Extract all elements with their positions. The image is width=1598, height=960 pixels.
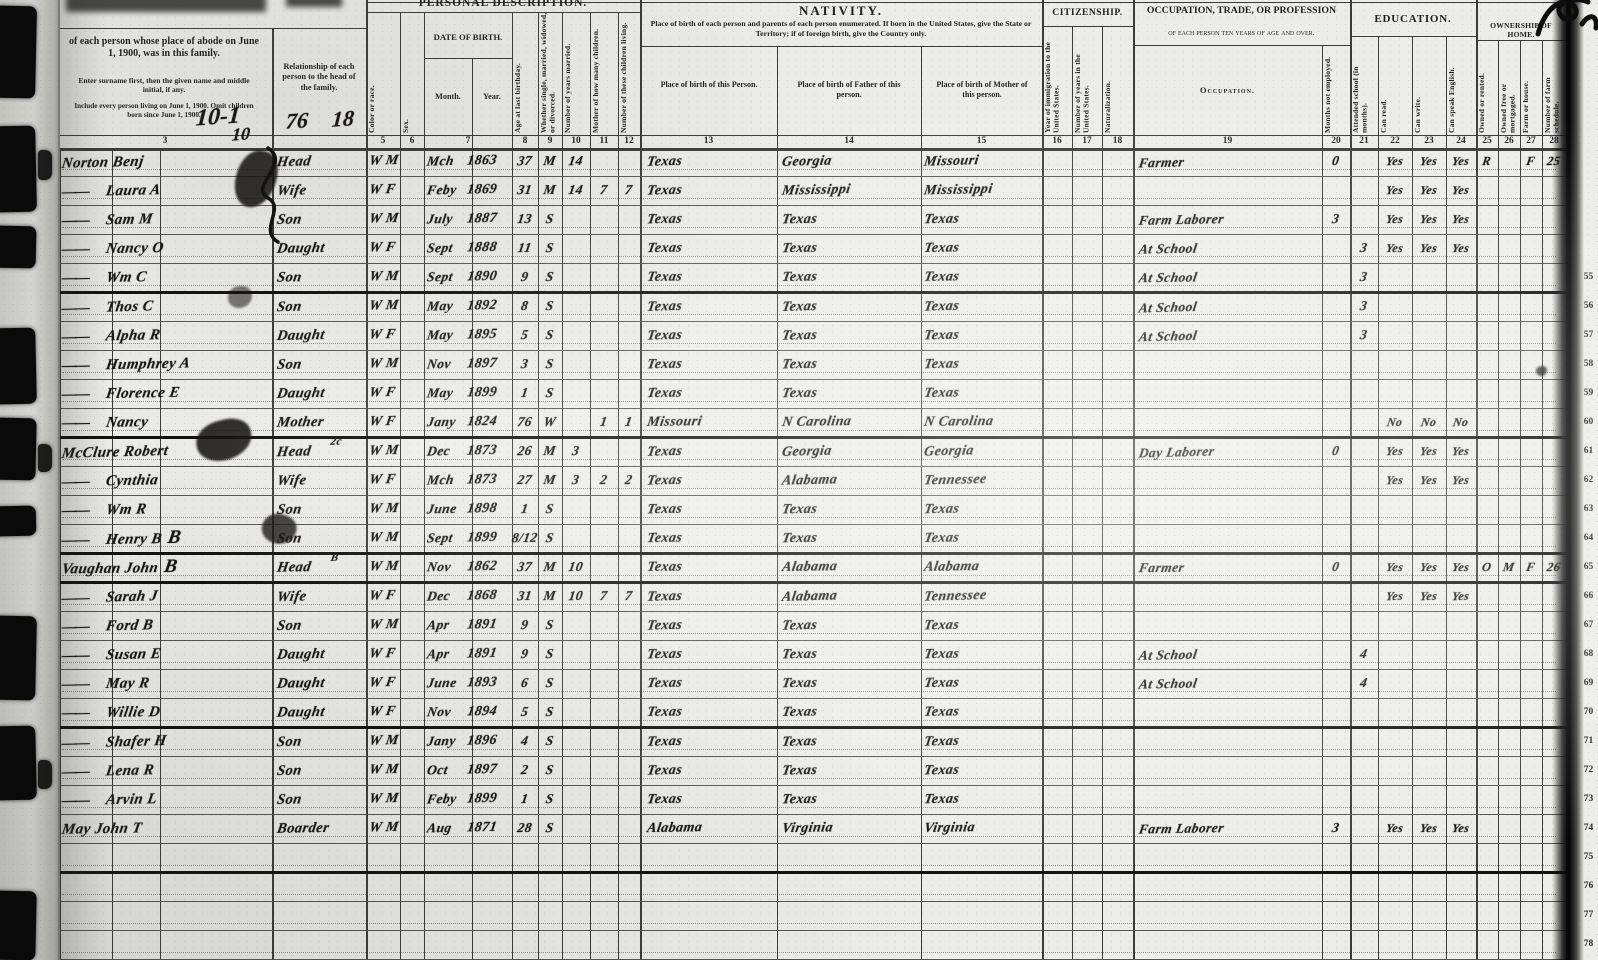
ditto-dash: —— [60, 700, 108, 727]
cell-occupation: Farmer [1136, 553, 1322, 585]
cell-father-birthplace: Texas [779, 234, 921, 265]
cell-mother-birthplace: Texas [922, 524, 1043, 555]
person-name-text: Thos C [105, 298, 155, 315]
binding-tab [0, 226, 36, 269]
cell-color-sex: W M [367, 785, 426, 815]
binding-tab [38, 760, 52, 789]
cell-father-birthplace: Texas [779, 263, 921, 294]
col-label-months-not-employed: Months not employed. [1324, 48, 1348, 133]
column-number: 18 [1102, 136, 1133, 146]
cell-color-sex: W M [367, 292, 426, 322]
cell-relationship: Mother [275, 408, 366, 438]
column-number: 5 [366, 136, 400, 146]
col-label-naturalization: Naturalization. [1104, 30, 1131, 133]
row-separator [58, 901, 1566, 902]
cell-person-name: ——Wm R [59, 494, 269, 527]
page-edge-shadow [1552, 0, 1584, 960]
cell-can-read: Yes [1376, 177, 1414, 207]
cell-occupation: At School [1136, 263, 1322, 295]
cell-mother-birthplace: Texas [922, 785, 1043, 816]
cell-mother-birthplace: Alabama [922, 553, 1043, 584]
cell-birthplace: Texas [645, 320, 778, 352]
enumerator-mark: 76 [285, 107, 309, 134]
cell-owned-or-rented: R [1474, 148, 1499, 178]
cell-months-not-employed: 0 [1320, 148, 1351, 178]
relationship-text: Son [276, 762, 303, 779]
cell-relationship: Wife [275, 582, 366, 613]
cell-birthplace: Missouri [644, 408, 777, 439]
cell-color-sex: W F [367, 176, 426, 206]
person-name-text: McClure Robert [61, 443, 170, 462]
ink-speck [1536, 366, 1547, 376]
cell-person-name: ——Arvin L [59, 784, 269, 817]
col-label-owned-or-rented: Owned or rented. [1478, 44, 1496, 133]
cell-color-sex: W M [367, 205, 426, 235]
cell-mother-birthplace: Texas [922, 291, 1043, 323]
cell-color-sex: W M [367, 437, 426, 467]
cell-relationship: Son [275, 263, 366, 293]
cell-birthplace: Texas [645, 669, 778, 700]
cell-marital-status: S [535, 641, 565, 671]
ditto-dash: —— [60, 410, 108, 437]
cell-can-write: Yes [1410, 438, 1447, 468]
cell-occupation: Farmer [1136, 145, 1322, 179]
ink-mark: B [163, 556, 180, 577]
cell-mother-birthplace: Texas [922, 234, 1043, 265]
cell-can-read: Yes [1376, 815, 1414, 845]
cell-father-birthplace: Texas [779, 698, 921, 729]
cell-birthplace: Texas [644, 698, 777, 729]
cell-marital-status: S [535, 322, 565, 352]
dob-year-label: Year. [472, 92, 512, 101]
relationship-text: Son [276, 269, 303, 285]
col-label-can-speak-english: Can speak English. [1448, 40, 1474, 133]
cell-marital-status: S [535, 293, 564, 323]
person-name-text: Arvin L [105, 791, 158, 808]
ditto-dash: —— [60, 497, 108, 524]
col-label-sex: Sex. [402, 12, 422, 133]
occupation-subtitle: of each person ten years of age and over… [1139, 28, 1344, 37]
grid-line [58, 28, 366, 29]
cell-person-name: ——Susan E [59, 639, 269, 672]
ditto-dash: —— [60, 787, 108, 814]
cell-years-married: 10 [560, 554, 592, 583]
column-number: 20 [1322, 136, 1350, 146]
nativity-title: NATIVITY. [640, 3, 1042, 19]
cell-mother-birthplace: Texas [922, 350, 1043, 381]
person-name-text: Ford B [105, 617, 155, 634]
ditto-dash: —— [60, 352, 108, 379]
cell-marital-status: S [535, 612, 565, 642]
column-number: 25 [1476, 136, 1498, 146]
row-writing-guide [62, 952, 1556, 953]
cell-mother-birthplace: Missouri [922, 146, 1043, 178]
cell-birthplace: Texas [645, 755, 778, 787]
col-label-farm-or-house: Farm or house. [1522, 44, 1540, 133]
cell-can-write: Yes [1410, 815, 1448, 845]
cell-color-sex: W F [367, 582, 426, 612]
cell-color-sex: W M [367, 756, 426, 786]
cell-marital-status: W [535, 409, 565, 438]
cell-color-sex: W F [367, 699, 426, 729]
cell-attended-school: 3 [1348, 322, 1380, 352]
cell-father-birthplace: N Carolina [779, 408, 921, 439]
cell-father-birthplace: Texas [779, 669, 921, 700]
cell-marital-status: S [535, 264, 565, 293]
cell-color-sex: W F [367, 380, 426, 410]
ditto-dash: —— [60, 758, 108, 785]
cell-birthplace: Texas [645, 524, 778, 555]
cell-person-name: ——Florence E [59, 378, 269, 411]
dob-month-label: Month. [424, 92, 472, 101]
cell-marital-status: S [535, 206, 565, 236]
cell-can-speak-english: Yes [1444, 467, 1478, 497]
cell-marital-status: S [535, 525, 565, 554]
cell-children-living: 7 [614, 583, 643, 613]
person-name-text: Humphrey A [105, 355, 192, 373]
cell-mother-birthplace: Texas [922, 726, 1043, 758]
date-of-birth-title: DATE OF BIRTH. [424, 32, 512, 42]
cell-months-not-employed: 3 [1320, 815, 1352, 844]
cell-birthplace: Texas [645, 146, 778, 179]
cell-years-married: 3 [560, 467, 592, 497]
cell-can-speak-english: Yes [1444, 206, 1478, 236]
cell-color-sex: W F [367, 321, 426, 351]
col-label-mother-of-how-many-children: Mother of how many children. [592, 12, 616, 133]
cell-color-sex: W M [367, 350, 426, 380]
binding-tab [0, 726, 37, 801]
cell-relationship: HeadB [275, 553, 366, 583]
person-name-text: Sam M [105, 211, 154, 228]
cell-person-name: ——Humphrey A [59, 349, 269, 382]
column-number: 21 [1350, 136, 1378, 146]
grid-line [921, 46, 922, 960]
cell-can-write: Yes [1410, 206, 1448, 236]
column-number: 26 [1498, 136, 1520, 146]
grid-line [777, 46, 778, 960]
cell-color-sex: W M [367, 525, 426, 555]
col-label-years-in-us: Number of years in the United States. [1074, 30, 1100, 133]
relationship-text: Daught [276, 327, 326, 344]
cell-color-sex: W M [367, 147, 426, 177]
binding-tab [0, 126, 37, 213]
cell-mother-birthplace: Texas [922, 263, 1043, 294]
cell-relationship: Son [275, 785, 366, 816]
col-label-year-of-immigration: Year of immigration to the United States… [1044, 30, 1070, 133]
cell-father-birthplace: Texas [780, 726, 922, 759]
cell-marital-status: S [535, 235, 565, 264]
cell-birthplace: Texas [645, 581, 778, 614]
column-number: 14 [777, 136, 921, 146]
cell-relationship: Daught [275, 379, 366, 409]
cell-person-name: ——Henry BB [59, 523, 269, 556]
cell-father-birthplace: Texas [780, 350, 922, 382]
grid-line [1133, 45, 1350, 46]
cell-occupation: At School [1136, 668, 1322, 700]
relationship-text: Daught [276, 646, 326, 663]
name-flourish [238, 146, 308, 246]
cell-birthplace: Texas [645, 726, 778, 759]
cell-birthplace: Texas [645, 175, 778, 207]
cell-birthplace: Texas [644, 263, 777, 294]
cell-color-sex: W F [367, 640, 426, 670]
cell-color-sex: W F [367, 235, 426, 265]
cell-months-not-employed: 0 [1320, 438, 1351, 468]
binding-tab [0, 418, 37, 481]
cell-children-living: 1 [614, 409, 644, 438]
cell-birthplace: Alabama [645, 814, 778, 845]
cell-person-name: May John T [59, 813, 269, 846]
cell-occupation: Day Laborer [1136, 435, 1322, 469]
cell-mother-birthplace: Texas [922, 379, 1043, 410]
binding-tab [0, 328, 37, 405]
cell-can-write: No [1410, 409, 1448, 438]
person-name-text: Alpha R [105, 327, 162, 344]
cell-mother-birthplace: Georgia [922, 436, 1043, 468]
cell-relationship: Boarder [275, 814, 366, 844]
person-name-text: Wm C [105, 269, 148, 286]
ink-mark: B [166, 527, 182, 548]
cell-can-speak-english: No [1444, 409, 1478, 438]
cell-father-birthplace: Virginia [779, 814, 921, 845]
ditto-dash: —— [60, 381, 108, 408]
cell-can-speak-english: Yes [1444, 815, 1478, 845]
cell-father-birthplace: Texas [780, 640, 922, 672]
cell-birthplace: Texas [645, 291, 778, 324]
relationship-text: Son [276, 734, 303, 751]
column-number: 19 [1133, 136, 1322, 146]
person-name-text: May R [105, 675, 151, 692]
cell-relationship: Son [275, 611, 366, 642]
relationship-text: Head [276, 559, 313, 575]
cell-mother-birthplace: Texas [922, 640, 1043, 671]
cell-attended-school: 4 [1348, 641, 1380, 671]
birthplace-father-label: Place of birth of Father of this person. [790, 80, 908, 101]
cell-color-sex: W M [367, 815, 426, 845]
cell-can-read: Yes [1376, 583, 1413, 613]
ditto-dash: —— [60, 468, 108, 495]
column-number: 6 [400, 136, 424, 146]
cell-mother-birthplace: Texas [922, 669, 1043, 700]
ditto-dash: —— [60, 527, 108, 554]
cell-person-name: Vaughan JohnB [59, 553, 269, 585]
cell-occupation: At School [1136, 290, 1322, 324]
corner-scribble [1532, 0, 1598, 52]
cell-relationship: Daught [275, 321, 366, 352]
person-name-text: Cynthia [105, 472, 160, 489]
person-name-text: Florence E [105, 385, 181, 402]
binding-tab [0, 506, 36, 537]
cell-marital-status: S [535, 380, 565, 409]
relationship-text: Wife [276, 472, 308, 489]
personal-description-title: PERSONAL DESCRIPTION. [366, 0, 640, 9]
cell-person-name: ——Alpha R [59, 320, 269, 354]
ditto-dash: —— [60, 178, 108, 205]
column-number: 24 [1446, 136, 1476, 146]
cell-mother-birthplace: Texas [922, 205, 1043, 236]
cell-color-sex: W F [367, 466, 426, 496]
cell-father-birthplace: Texas [780, 495, 922, 527]
row-separator [58, 930, 1566, 931]
column-number: 8 [512, 136, 538, 146]
cell-years-married: 10 [560, 583, 591, 613]
col-label-owned-free-or-mortgaged: Owned free or mortgaged. [1500, 44, 1518, 133]
cell-person-name: ——Willie D [59, 698, 269, 730]
cell-years-married: 14 [560, 148, 591, 178]
grid-line [1542, 40, 1543, 960]
cell-father-birthplace: Texas [780, 610, 922, 642]
cell-attended-school: 3 [1348, 235, 1380, 264]
cell-mother-birthplace: N Carolina [922, 408, 1043, 439]
binding-tab [0, 891, 37, 960]
cell-color-sex: W F [367, 409, 426, 439]
cell-can-speak-english: Yes [1444, 148, 1477, 178]
ditto-dash: —— [60, 207, 108, 234]
enumerator-mark: 18 [331, 105, 355, 132]
cell-can-read: No [1376, 409, 1414, 438]
cell-relationship: Head2c [275, 437, 366, 468]
cell-marital-status: S [535, 351, 565, 381]
cell-birthplace: Texas [644, 553, 777, 584]
nativity-note: Place of birth of each person and parent… [646, 19, 1036, 38]
relationship-text: Son [276, 299, 303, 316]
cell-mother-birthplace: Texas [922, 698, 1043, 729]
occupation-title: OCCUPATION, TRADE, OR PROFESSION [1135, 5, 1348, 16]
cell-can-speak-english: Yes [1444, 177, 1478, 207]
column-number: 12 [618, 136, 640, 146]
cell-birthplace: Texas [645, 234, 778, 265]
cell-father-birthplace: Texas [780, 205, 922, 237]
cell-can-speak-english: Yes [1444, 554, 1478, 583]
grid-line [424, 58, 512, 59]
cell-children-living: 7 [614, 177, 644, 207]
relationship-text: Daught [276, 704, 326, 721]
cell-mother-birthplace: Texas [922, 611, 1043, 643]
name-column-instructions-1: of each person whose place of abode on J… [66, 36, 262, 59]
cell-mother-birthplace: Virginia [922, 814, 1043, 845]
grid-line [1350, 36, 1476, 37]
cell-occupation: Farm Laborer [1136, 813, 1322, 845]
cell-children-living: 2 [614, 467, 644, 497]
person-name-text: Lena R [105, 762, 155, 779]
person-name-text: Willie D [105, 704, 162, 721]
relationship-text: Daught [276, 675, 326, 692]
cell-father-birthplace: Alabama [779, 553, 921, 584]
relationship-text: Son [276, 791, 303, 808]
relationship-text: Wife [276, 588, 308, 605]
column-number: 15 [921, 136, 1042, 146]
cell-can-write: Yes [1410, 148, 1447, 178]
cell-birthplace: Texas [645, 436, 778, 469]
relationship-text: Son [276, 356, 303, 373]
cell-relationship: Son [275, 756, 366, 787]
person-name-text: Nancy O [105, 240, 165, 257]
ditto-dash: —— [60, 585, 108, 612]
cell-can-write: Yes [1410, 467, 1448, 497]
cell-relationship: Son [275, 350, 366, 381]
col-label-years-married: Number of years married. [564, 12, 588, 133]
cell-mother-birthplace: Texas [922, 321, 1043, 353]
column-number: 9 [538, 136, 562, 146]
cell-months-not-employed: 0 [1320, 554, 1352, 583]
cell-mother-birthplace: Tennessee [922, 466, 1043, 498]
cell-father-birthplace: Texas [779, 379, 921, 410]
cell-years-married: 3 [560, 438, 591, 468]
cell-attended-school: 4 [1348, 670, 1380, 699]
cut-header-smudge [66, 0, 266, 12]
cell-color-sex: W M [367, 727, 426, 757]
relationship-text: Boarder [276, 820, 331, 837]
cell-person-name: ——Ford B [59, 610, 269, 644]
row-writing-guide [62, 865, 1556, 866]
cell-color-sex: W M [367, 495, 426, 525]
column-number: 7 [424, 136, 512, 146]
cell-color-sex: W M [367, 264, 426, 294]
cell-birthplace: Texas [645, 610, 778, 642]
cell-father-birthplace: Alabama [780, 581, 922, 614]
cell-father-birthplace: Georgia [780, 436, 922, 469]
grid-line [640, 46, 1042, 47]
binding-tab [38, 150, 52, 180]
cell-person-name: ——Lena R [59, 755, 269, 789]
cell-color-sex: W F [367, 670, 426, 700]
name-column-instructions-2: Enter surname first, then the given name… [70, 76, 258, 94]
census-sheet-scan: of each person whose place of abode on J… [0, 0, 1598, 960]
cell-person-name: ——May R [59, 668, 269, 701]
binding-tab [38, 444, 52, 472]
cell-marital-status: S [535, 496, 565, 526]
relationship-text: Head [276, 443, 312, 460]
ditto-dash: —— [60, 642, 108, 669]
cell-can-read: Yes [1376, 438, 1413, 468]
row-writing-guide [62, 923, 1556, 924]
row-writing-guide [62, 894, 1556, 895]
cell-birthplace: Texas [645, 495, 778, 527]
cell-mother-birthplace: Texas [922, 756, 1043, 788]
relationship-text: Daught [276, 385, 326, 402]
column-number: 23 [1412, 136, 1446, 146]
cell-can-read: Yes [1376, 467, 1414, 497]
birthplace-mother-label: Place of birth of Mother of this person. [930, 80, 1034, 101]
grid-line [1520, 40, 1521, 960]
relationship-text: Mother [276, 414, 325, 431]
cell-birthplace: Texas [645, 379, 778, 410]
birthplace-person-label: Place of birth of this Person. [652, 80, 766, 90]
cell-relationship: Son [275, 727, 366, 758]
ditto-dash: —— [60, 730, 108, 757]
grid-line [1042, 26, 1133, 27]
cell-birthplace: Texas [645, 350, 778, 382]
cell-occupation: At School [1136, 320, 1322, 353]
cell-marital-status: S [535, 786, 565, 816]
col-label-can-write: Can write. [1414, 40, 1444, 133]
ditto-dash: —— [60, 295, 108, 322]
ditto-dash: —— [60, 236, 108, 263]
cell-can-read: Yes [1376, 235, 1414, 265]
education-title: EDUCATION. [1350, 13, 1476, 25]
binding-tab [0, 616, 37, 701]
cell-father-birthplace: Mississippi [780, 175, 922, 207]
cell-can-speak-english: Yes [1444, 583, 1477, 613]
cell-can-write: Yes [1410, 554, 1448, 583]
superscript-note: 2c [329, 428, 344, 454]
cell-mother-birthplace: Mississippi [922, 176, 1043, 208]
person-name-text: Shafer H [105, 733, 168, 751]
cell-relationship: Daught [275, 698, 366, 728]
cell-father-birthplace: Texas [780, 320, 922, 352]
cell-mother-birthplace: Tennessee [922, 581, 1043, 613]
person-name-text: Nancy [105, 414, 150, 431]
